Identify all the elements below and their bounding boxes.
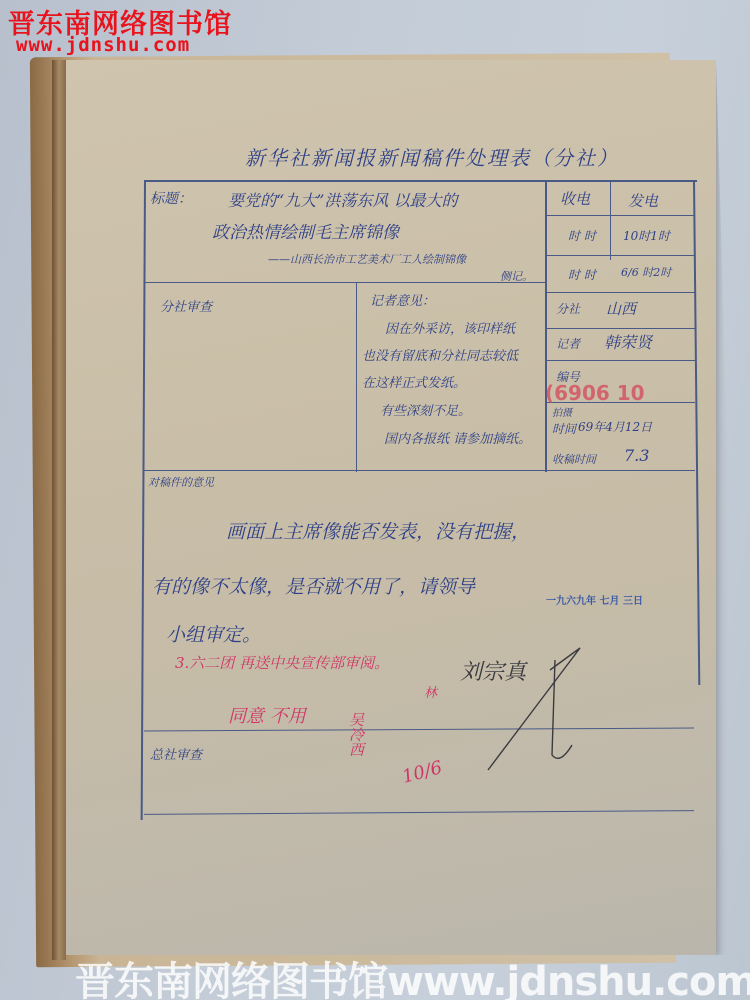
headline-byline: ——山西长治市工艺美术厂工人绘制锦像 (268, 251, 466, 267)
headline-label: 标题： (150, 188, 192, 208)
head-office-review-label: 总社审查 (150, 744, 202, 763)
grid-row1-received: 时 时 (568, 227, 596, 244)
review-divider-v (356, 282, 357, 472)
reporter-opinion-line3: 在这样正式发纸。 (362, 372, 466, 391)
reporter-opinion-line4: 有些深刻不足。 (380, 400, 471, 419)
form-title: 新华社新闻报新闻稿件处理表（分社） (245, 142, 619, 171)
grid-row-2 (545, 255, 695, 256)
received-date-stamp: (6906 10 (545, 381, 645, 405)
branch-label: 分社 (556, 300, 580, 317)
grid-row-3 (545, 292, 695, 293)
red-approval: 同意 不用 (228, 702, 306, 728)
grid-row-1 (545, 215, 695, 216)
grid-row2-sent: 6/6 时2时 (621, 264, 671, 280)
branch-review-label: 分社审查 (160, 296, 212, 315)
red-sign-prefix: 林 (424, 682, 437, 701)
branch-value: 山西 (606, 298, 636, 319)
editor-opinion-line2: 有的像不太像，是否就不用了，请领导 (152, 572, 475, 599)
editor-opinion-label: 对稿件的意见 (148, 474, 214, 490)
red-vertical-signature: 吴冷西 (346, 712, 367, 757)
review-bottom-border (144, 470, 546, 471)
reporter-opinion-line1: 因在外采访，该印样纸 (385, 318, 515, 337)
grid-row-7 (545, 470, 695, 471)
grid-row2-received: 时 时 (568, 266, 596, 283)
editor-opinion-line1: 画面上主席像能否发表，没有把握， (226, 517, 530, 544)
reporter-opinion-label: 记者意见： (370, 290, 435, 309)
received-label: 拍摄 (552, 404, 572, 419)
grid-row-4 (545, 328, 695, 329)
grid-header-received: 收电 (560, 188, 590, 209)
headline-line2: 政治热情绘制毛主席锦像 (212, 218, 399, 243)
reporter-opinion-line5: 国内各报纸 请参加摘纸。 (384, 428, 531, 447)
time-label: 时间 (552, 420, 576, 437)
grid-row1-sent: 10时1时 (623, 227, 670, 244)
grid-divider-v2 (610, 180, 611, 260)
pencil-slash-mark (480, 640, 590, 780)
grid-header-sent: 发电 (628, 190, 658, 211)
receipt-time-value: 7.3 (624, 446, 649, 465)
grid-row-5 (545, 360, 695, 361)
grid-divider-v (545, 180, 547, 472)
editor-date-stamp: 一九六九年 七月 三日 (546, 592, 643, 607)
receipt-time-label: 收稿时间 (552, 451, 596, 467)
paper-stack-edge (52, 60, 66, 960)
headline-bottom-border (144, 282, 546, 283)
red-annotation-line1: 3.六二团 再送中央宣传部审阅。 (175, 652, 389, 673)
editor-opinion-line3: 小组审定。 (166, 620, 261, 647)
headline-line1: 要党的“九大”洪荡东风 以最大的 (228, 188, 457, 211)
headline-byline-cont: 侧记。 (500, 268, 533, 284)
watermark-url: www.jdnshu.com (16, 34, 190, 56)
watermark-bottom: 晋东南网络图书馆www.jdnshu.com (75, 950, 750, 1000)
reporter-value: 韩荣贤 (604, 330, 652, 353)
table-top-border (144, 180, 697, 182)
time-value: 69年4月12日 (578, 418, 652, 435)
reporter-opinion-line2: 也没有留底和分社同志较低 (362, 345, 518, 364)
reporter-label: 记者 (556, 335, 580, 352)
